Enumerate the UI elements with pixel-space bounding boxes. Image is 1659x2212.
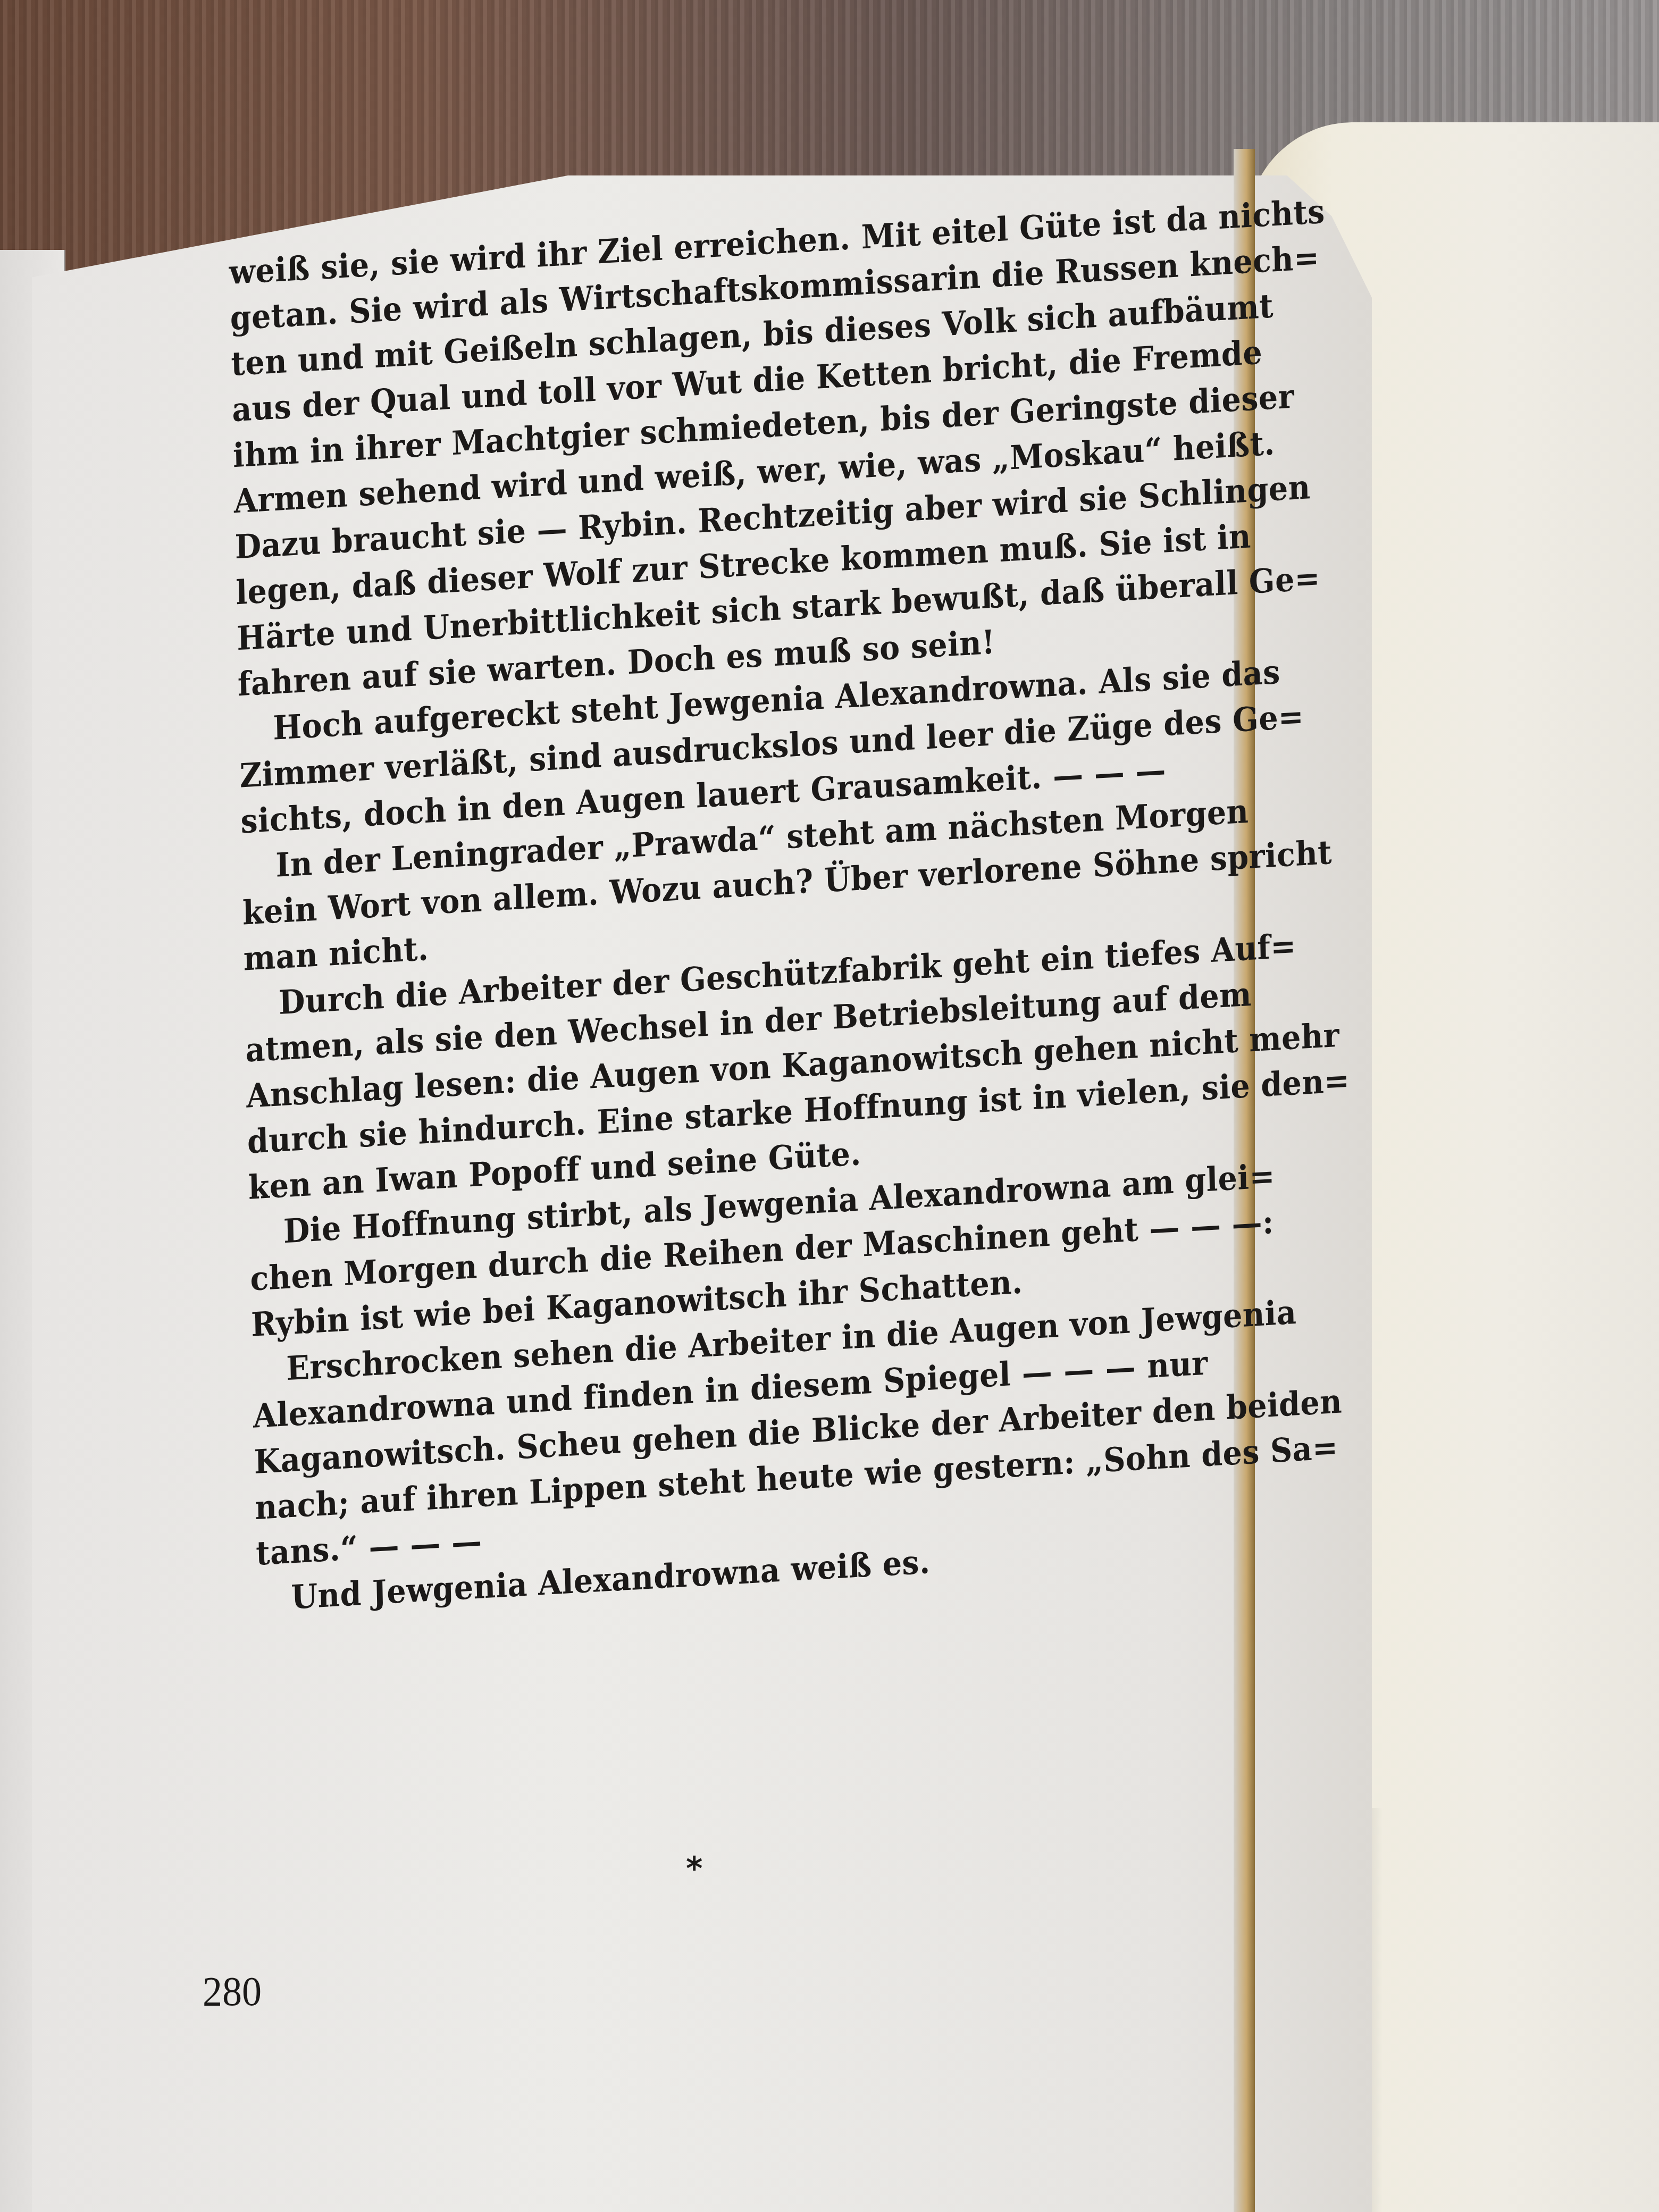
page-number: 280 [203, 1967, 262, 2015]
paragraph: weiß sie, sie wird ihr Ziel erreichen. M… [229, 196, 1199, 707]
section-break-asterisk-icon: * [686, 1850, 702, 1888]
body-text: weiß sie, sie wird ihr Ziel erreichen. M… [229, 196, 1218, 1622]
